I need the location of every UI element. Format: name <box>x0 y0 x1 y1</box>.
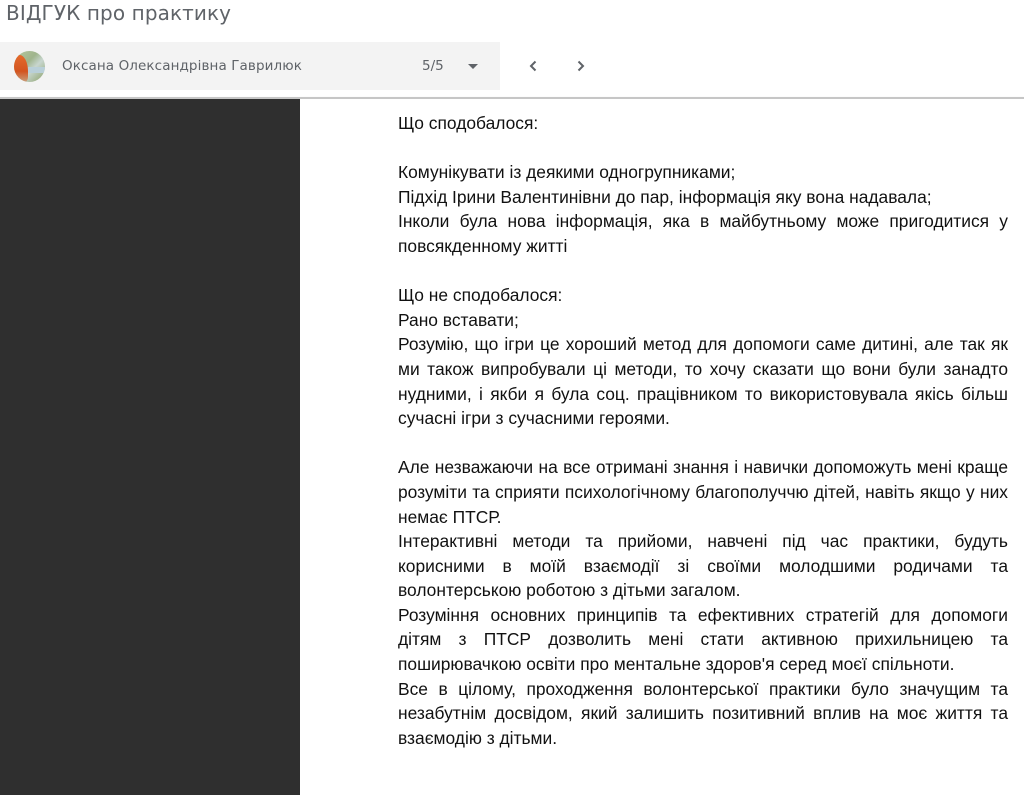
document-paragraph: Але незважаючи на все отримані знання і … <box>398 455 1008 529</box>
page-title: ВІДГУК про практику <box>6 0 231 30</box>
document-page: Що сподобалося:Комунікувати із деякими о… <box>300 99 1024 795</box>
document-body: Що сподобалося:Комунікувати із деякими о… <box>398 111 1008 750</box>
document-paragraph: Підхід Ірини Валентинівни до пар, інформ… <box>398 185 1008 210</box>
chevron-left-icon <box>521 54 545 78</box>
document-paragraph: Інколи була нова інформація, яка в майбу… <box>398 209 1008 258</box>
document-paragraph: Що сподобалося: <box>398 111 1008 136</box>
chevron-right-icon <box>569 54 593 78</box>
response-counter: 5/5 <box>422 42 444 90</box>
document-paragraph: Комунікувати із деякими одногрупниками; <box>398 160 1008 185</box>
document-paragraph: Рано вставати; <box>398 308 1008 333</box>
caret-down-icon[interactable] <box>462 59 482 73</box>
blank-line <box>398 431 1008 456</box>
document-paragraph: Розумію, що ігри це хороший метод для до… <box>398 332 1008 430</box>
previous-response-button[interactable] <box>521 54 545 78</box>
blank-line <box>398 136 1008 161</box>
respondent-toolbar: Оксана Олександрівна Гаврилюк 5/5 <box>0 42 500 90</box>
viewer-side-panel <box>0 99 300 795</box>
respondent-name: Оксана Олександрівна Гаврилюк <box>62 42 302 90</box>
document-paragraph: Все в цілому, проходження волонтерської … <box>398 677 1008 751</box>
avatar-photo-background <box>26 67 45 73</box>
avatar-photo-person <box>14 55 28 82</box>
document-paragraph: Розуміння основних принципів та ефективн… <box>398 603 1008 677</box>
document-paragraph: Що не сподобалося: <box>398 283 1008 308</box>
document-paragraph: Інтерактивні методи та прийоми, навчені … <box>398 529 1008 603</box>
next-response-button[interactable] <box>569 54 593 78</box>
blank-line <box>398 259 1008 284</box>
avatar <box>14 51 45 82</box>
